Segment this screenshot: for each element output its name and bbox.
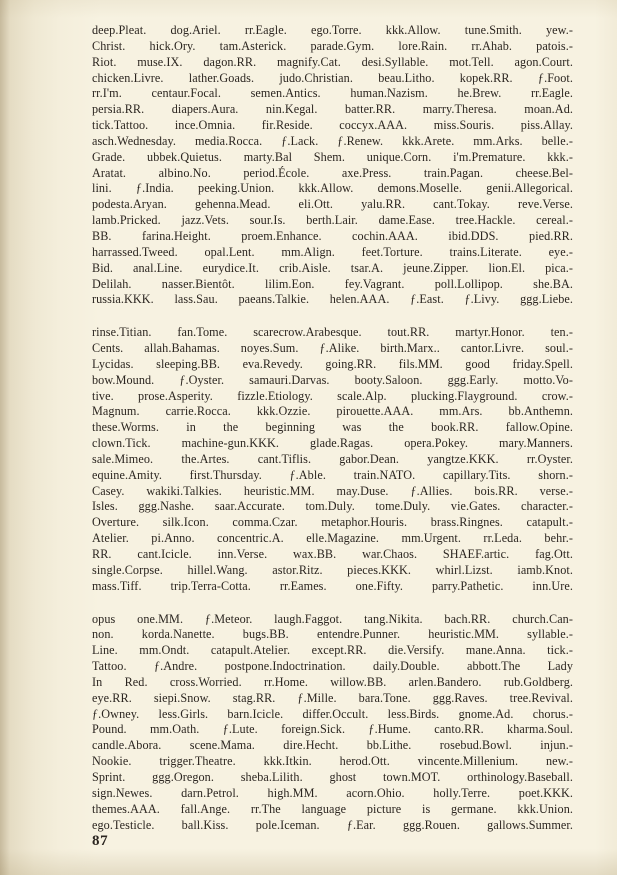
text-line: Isles. ggg.Nashe. saar.Accurate. tom.Dul… [92, 499, 573, 515]
text-line: Sprint. ggg.Oregon. sheba.Lilith. ghost … [92, 770, 573, 786]
text-line: In Red. cross.Worried. rr.Home. willow.B… [92, 675, 573, 691]
text-line: Delilah. nasser.Bientôt. lilim.Eon. fey.… [92, 277, 573, 293]
text-line: lini. ƒ.India. peeking.Union. kkk.Allow.… [92, 181, 573, 197]
text-line: rr.I'm. centaur.Focal. semen.Antics. hum… [92, 86, 573, 102]
scanned-book-page: deep.Pleat. dog.Ariel. rr.Eagle. ego.Tor… [0, 0, 617, 875]
text-line: deep.Pleat. dog.Ariel. rr.Eagle. ego.Tor… [92, 23, 573, 39]
text-line: rinse.Titian. fan.Tome. scarecrow.Arabes… [92, 325, 573, 341]
text-line: Christ. hick.Ory. tam.Asterick. parade.G… [92, 39, 573, 55]
text-line: tive. prose.Asperity. fizzle.Etiology. s… [92, 389, 573, 405]
text-line: sale.Mimeo. the.Artes. cant.Tiflis. gabo… [92, 452, 573, 468]
paragraph: opus one.MM. ƒ.Meteor. laugh.Faggot. tan… [92, 612, 573, 834]
text-line: Lycidas. sleeping.BB. eva.Revedy. going.… [92, 357, 573, 373]
text-line: non. korda.Nanette. bugs.BB. entendre.Pu… [92, 627, 573, 643]
text-line: Casey. wakiki.Talkies. heuristic.MM. may… [92, 484, 573, 500]
text-line: RR. cant.Icicle. inn.Verse. wax.BB. war.… [92, 547, 573, 563]
text-line: persia.RR. diapers.Aura. nin.Kegal. batt… [92, 102, 573, 118]
text-line: podesta.Aryan. gehenna.Mead. eli.Ott. ya… [92, 197, 573, 213]
text-line: these.Worms. in the beginning was the bo… [92, 420, 573, 436]
text-line: bow.Mound. ƒ.Oyster. samauri.Darvas. boo… [92, 373, 573, 389]
text-line: Nookie. trigger.Theatre. kkk.Itkin. hero… [92, 754, 573, 770]
paragraph: rinse.Titian. fan.Tome. scarecrow.Arabes… [92, 325, 573, 594]
text-line: opus one.MM. ƒ.Meteor. laugh.Faggot. tan… [92, 612, 573, 628]
text-line: russia.KKK. lass.Sau. paeans.Talkie. hel… [92, 292, 573, 308]
text-line: ego.Testicle. ball.Kiss. pole.Iceman. ƒ.… [92, 818, 573, 834]
text-line: eye.RR. siepi.Snow. stag.RR. ƒ.Mille. ba… [92, 691, 573, 707]
text-line: single.Corpse. hillel.Wang. astor.Ritz. … [92, 563, 573, 579]
text-line: equine.Amity. first.Thursday. ƒ.Able. tr… [92, 468, 573, 484]
text-block: deep.Pleat. dog.Ariel. rr.Eagle. ego.Tor… [92, 23, 573, 833]
text-line: Atelier. pi.Anno. concentric.A. elle.Mag… [92, 531, 573, 547]
text-line: tick.Tattoo. ince.Omnia. fir.Reside. coc… [92, 118, 573, 134]
paragraph: deep.Pleat. dog.Ariel. rr.Eagle. ego.Tor… [92, 23, 573, 308]
text-line: candle.Abora. scene.Mama. dire.Hecht. bb… [92, 738, 573, 754]
text-line: lamb.Pricked. jazz.Vets. sour.Is. berth.… [92, 213, 573, 229]
text-line: Magnum. carrie.Rocca. kkk.Ozzie. pirouet… [92, 404, 573, 420]
text-line: Grade. ubbek.Quietus. marty.Bal Shem. un… [92, 150, 573, 166]
page-number: 87 [92, 833, 108, 850]
text-line: Overture. silk.Icon. comma.Czar. metapho… [92, 515, 573, 531]
text-line: BB. farina.Height. proem.Enhance. cochin… [92, 229, 573, 245]
text-line: chicken.Livre. lather.Goads. judo.Christ… [92, 71, 573, 87]
text-line: Tattoo. ƒ.Andre. postpone.Indoctrination… [92, 659, 573, 675]
text-line: sign.Newes. darn.Petrol. high.MM. acorn.… [92, 786, 573, 802]
text-line: Aratat. albino.No. period.École. axe.Pre… [92, 166, 573, 182]
text-line: Riot. muse.IX. dagon.RR. magnify.Cat. de… [92, 55, 573, 71]
text-line: themes.AAA. fall.Ange. rr.The language p… [92, 802, 573, 818]
text-line: clown.Tick. machine-gun.KKK. glade.Ragas… [92, 436, 573, 452]
text-line: Cents. allah.Bahamas. noyes.Sum. ƒ.Alike… [92, 341, 573, 357]
text-line: mass.Tiff. trip.Terra-Cotta. rr.Eames. o… [92, 579, 573, 595]
text-line: harrassed.Tweed. opal.Lent. mm.Align. fe… [92, 245, 573, 261]
text-line: Pound. mm.Oath. ƒ.Lute. foreign.Sick. ƒ.… [92, 722, 573, 738]
text-line: asch.Wednesday. media.Rocca. ƒ.Lack. ƒ.R… [92, 134, 573, 150]
text-line: Bid. anal.Line. eurydice.It. crib.Aisle.… [92, 261, 573, 277]
text-line: Line. mm.Ondt. catapult.Atelier. except.… [92, 643, 573, 659]
text-line: ƒ.Owney. less.Girls. barn.Icicle. differ… [92, 707, 573, 723]
